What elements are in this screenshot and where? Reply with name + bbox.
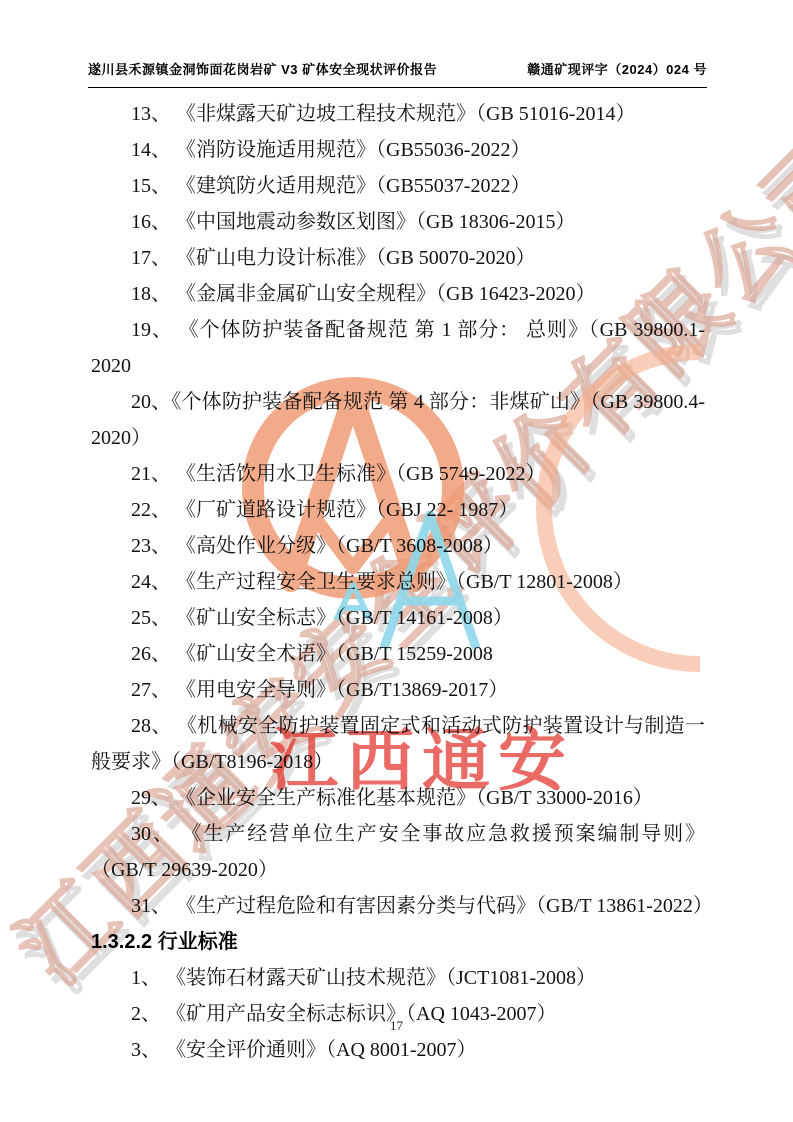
page-number: 17 bbox=[390, 1018, 403, 1033]
standard-item: 20、《个体防护装备配备规范 第 4 部分：非煤矿山》（GB 39800.4- … bbox=[91, 384, 705, 456]
standard-item: 24、 《生产过程安全卫生要求总则》（GB/T 12801-2008） bbox=[91, 564, 705, 600]
standard-item: 29、 《企业安全生产标准化基本规范》（GB/T 33000-2016） bbox=[91, 780, 705, 816]
standard-item: 26、 《矿山安全术语》（GB/T 15259-2008 bbox=[91, 636, 705, 672]
standard-item: 23、 《高处作业分级》（GB/T 3608-2008） bbox=[91, 528, 705, 564]
page-footer: 17 bbox=[0, 1018, 793, 1034]
header-doc-number: 赣通矿现评字（2024）024 号 bbox=[527, 59, 707, 78]
standard-item: 25、 《矿山安全标志》（GB/T 14161-2008） bbox=[91, 600, 705, 636]
standard-item: 18、 《金属非金属矿山安全规程》（GB 16423-2020） bbox=[91, 276, 705, 312]
standard-item: 13、 《非煤露天矿边坡工程技术规范》（GB 51016-2014） bbox=[91, 96, 705, 132]
header-rule bbox=[88, 87, 707, 88]
standard-item: 27、 《用电安全导则》（GB/T13869-2017） bbox=[91, 672, 705, 708]
document-page: 江西通安安全评价有限公司 江西通安安全评价有限公司 江西通安 bbox=[0, 0, 793, 1122]
standard-item: 31、 《生产过程危险和有害因素分类与代码》（GB/T 13861-2022） bbox=[91, 888, 705, 924]
standard-item: 17、 《矿山电力设计标准》（GB 50070-2020） bbox=[91, 240, 705, 276]
standard-item: 28、 《机械安全防护装置固定式和活动式防护装置设计与制造一般要求》（GB/T8… bbox=[91, 708, 705, 780]
standard-item: 15、 《建筑防火适用规范》（GB55037-2022） bbox=[91, 168, 705, 204]
standard-item: 22、 《厂矿道路设计规范》（GBJ 22- 1987） bbox=[91, 492, 705, 528]
standard-item: 14、 《消防设施适用规范》（GB55036-2022） bbox=[91, 132, 705, 168]
standard-item: 1、 《装饰石材露天矿山技术规范》（JCT1081-2008） bbox=[91, 960, 705, 996]
standard-item: 21、 《生活饮用水卫生标准》（GB 5749-2022） bbox=[91, 456, 705, 492]
standard-item: 16、 《中国地震动参数区划图》（GB 18306-2015） bbox=[91, 204, 705, 240]
header-report-title: 遂川县禾源镇金洞饰面花岗岩矿 V3 矿体安全现状评价报告 bbox=[88, 59, 437, 78]
page-header: 遂川县禾源镇金洞饰面花岗岩矿 V3 矿体安全现状评价报告 赣通矿现评字（2024… bbox=[88, 59, 707, 78]
standard-item: 30、 《生产经营单位生产安全事故应急救援预案编制导则》（GB/T 29639-… bbox=[91, 816, 705, 888]
section-heading: 1.3.2.2 行业标准 bbox=[91, 924, 705, 960]
standard-item: 3、 《安全评价通则》（AQ 8001-2007） bbox=[91, 1032, 705, 1068]
standard-item: 19、 《个体防护装备配备规范 第 1 部分： 总则》（GB 39800.1- … bbox=[91, 312, 705, 384]
document-body: 13、 《非煤露天矿边坡工程技术规范》（GB 51016-2014） 14、 《… bbox=[91, 96, 705, 1068]
